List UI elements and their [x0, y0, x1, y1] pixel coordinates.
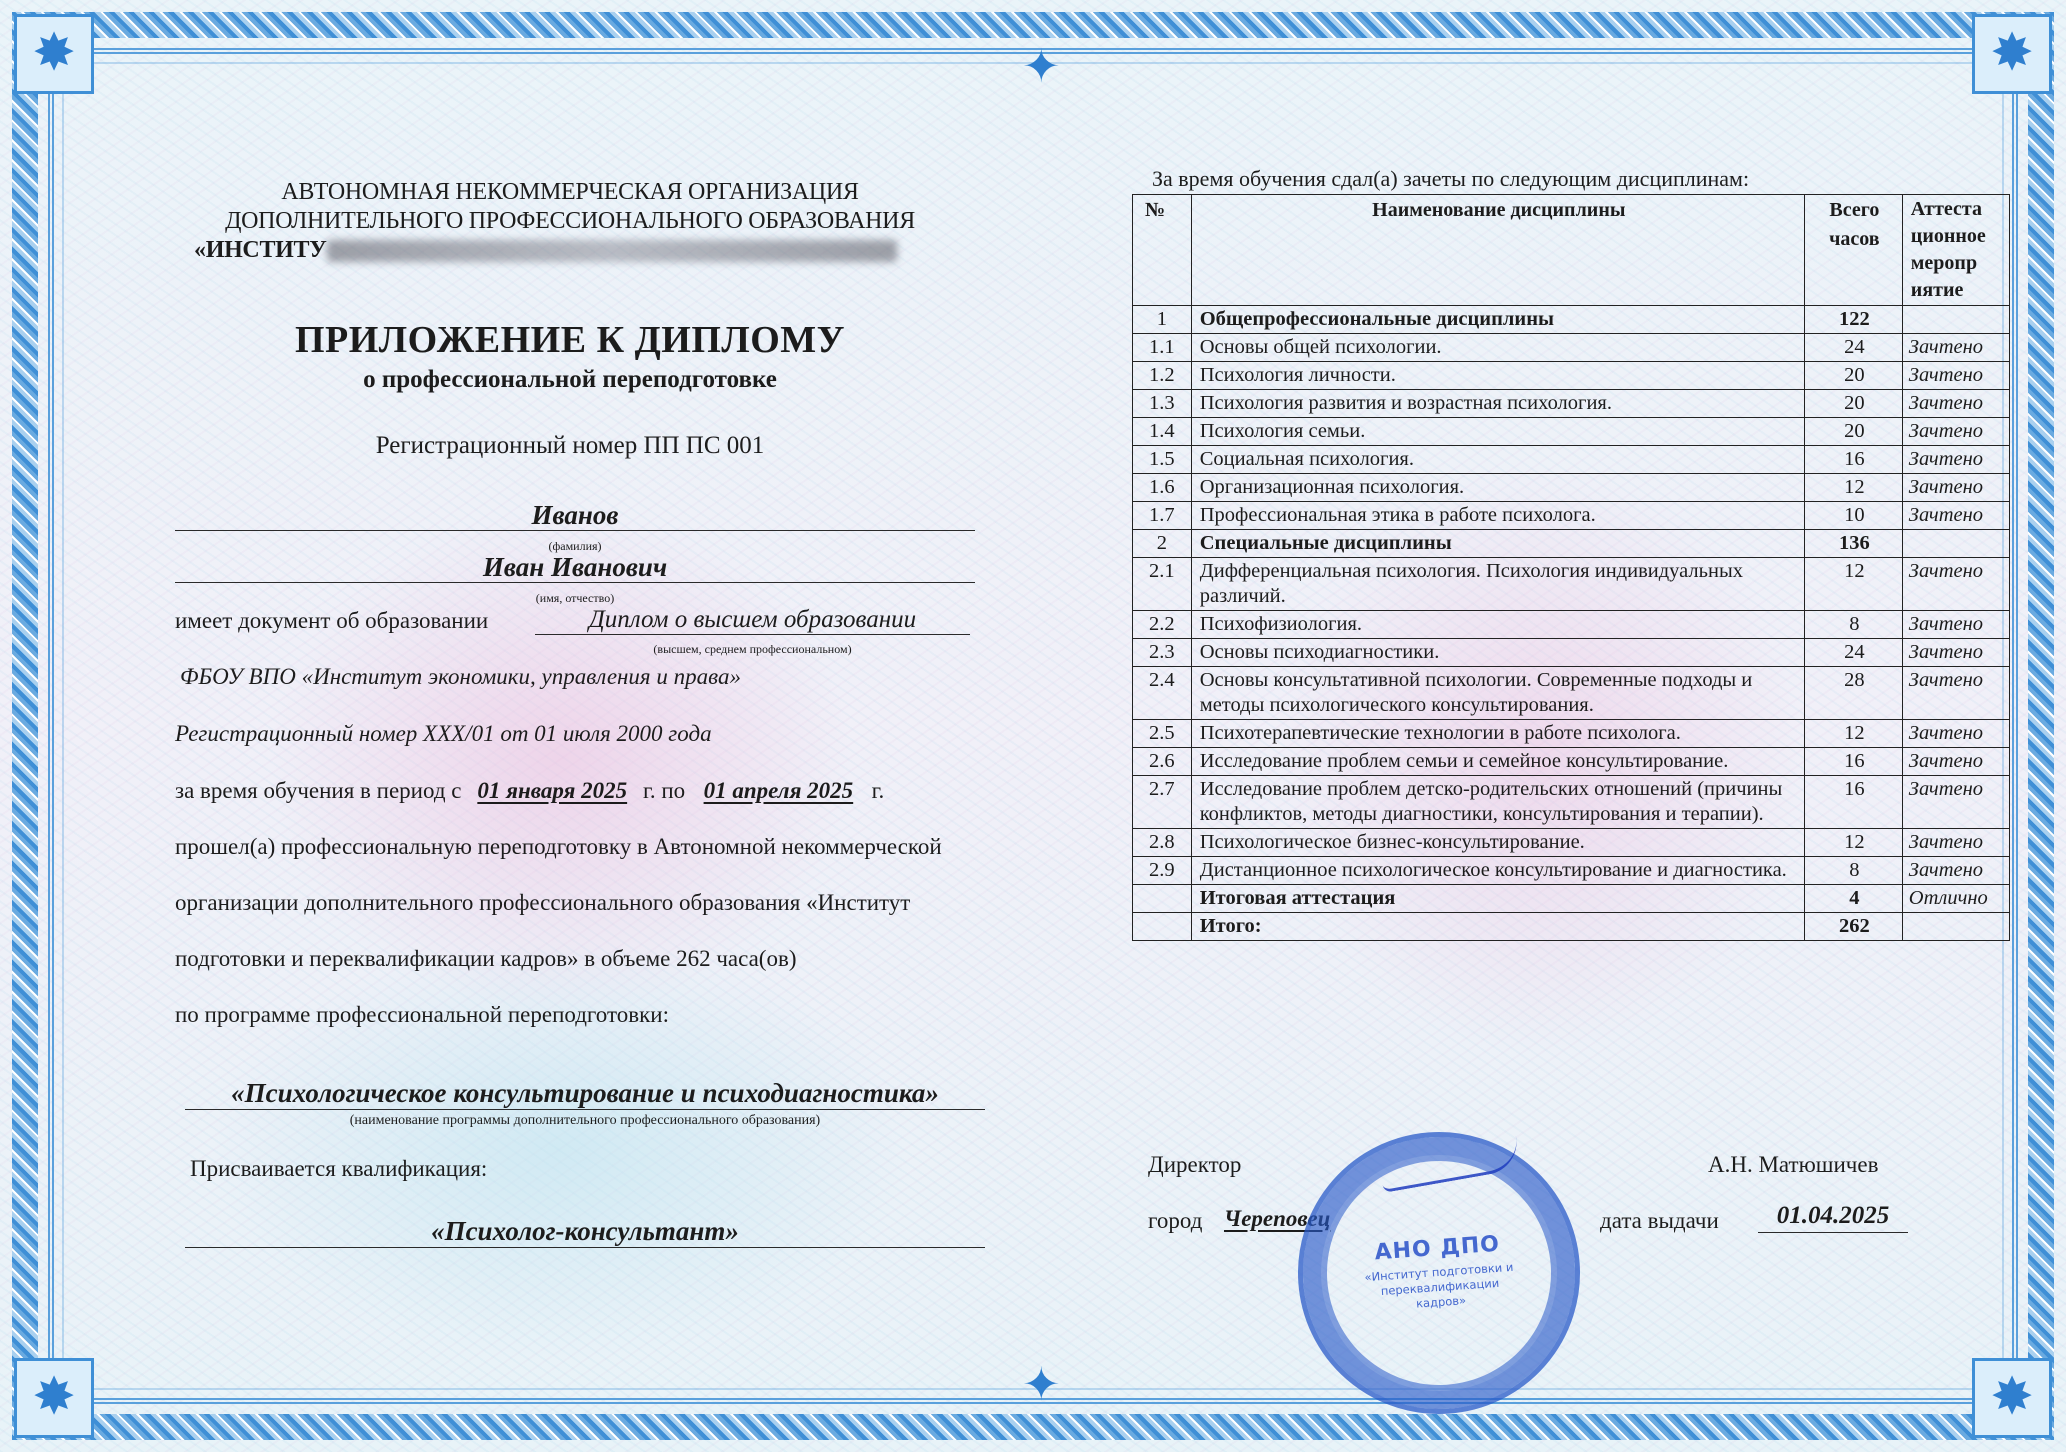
disciplines-table: № Наименование дисциплины Всего часов Ат… — [1132, 194, 2010, 941]
cell-assessment: Зачтено — [1902, 611, 2009, 639]
surname-underline — [175, 530, 975, 531]
document-subtitle: о профессиональной переподготовке — [180, 366, 960, 394]
cell-assessment: Зачтено — [1902, 362, 2009, 390]
cell-discipline: Психология личности. — [1191, 362, 1804, 390]
issuing-organization: АВТОНОМНАЯ НЕКОММЕРЧЕСКАЯ ОРГАНИЗАЦИЯ ДО… — [180, 178, 960, 265]
cell-assessment — [1902, 530, 2009, 558]
table-row: 2.3Основы психодиагностики.24Зачтено — [1133, 639, 2010, 667]
cell-assessment: Зачтено — [1902, 720, 2009, 748]
table-row: 2.4Основы консультативной психологии. Со… — [1133, 667, 2010, 720]
director-label: Директор — [1148, 1152, 1241, 1178]
edu-registration: Регистрационный номер XXX/01 от 01 июля … — [175, 721, 712, 747]
col-header-number: № — [1133, 195, 1192, 306]
cell-assessment: Зачтено — [1902, 558, 2009, 611]
cell-discipline: Основы общей психологии. — [1191, 334, 1804, 362]
cell-assessment: Зачтено — [1902, 667, 2009, 720]
city-label: город — [1148, 1208, 1202, 1234]
cell-assessment: Зачтено — [1902, 390, 2009, 418]
cell-hours: 24 — [1804, 639, 1902, 667]
cell-hours: 12 — [1804, 474, 1902, 502]
cell-number — [1133, 885, 1192, 913]
org-line-2: ДОПОЛНИТЕЛЬНОГО ПРОФЕССИОНАЛЬНОГО ОБРАЗО… — [180, 207, 960, 236]
cell-number: 1.1 — [1133, 334, 1192, 362]
cell-number: 2.3 — [1133, 639, 1192, 667]
cell-discipline: Социальная психология. — [1191, 446, 1804, 474]
edu-doc-caption: (высшем, среднем профессиональном) — [535, 642, 970, 657]
table-total-row: Итого:262 — [1133, 913, 2010, 941]
cell-hours: 16 — [1804, 446, 1902, 474]
cell-discipline: Психологическое бизнес-консультирование. — [1191, 829, 1804, 857]
table-caption: За время обучения сдал(а) зачеты по след… — [1152, 166, 1749, 192]
disciplines-table-body: 1Общепрофессиональные дисциплины1221.1Ос… — [1133, 306, 2010, 941]
table-row: 2.9 Дистанционное психологическое консул… — [1133, 857, 2010, 885]
cell-number: 2.9 — [1133, 857, 1192, 885]
table-header-row: № Наименование дисциплины Всего часов Ат… — [1133, 195, 2010, 306]
period-to: 01 апреля 2025 — [691, 778, 866, 804]
org-name-visible: «ИНСТИТУ — [194, 237, 327, 263]
cell-hours: 122 — [1804, 306, 1902, 334]
cell-number: 2.7 — [1133, 776, 1192, 829]
cell-hours: 20 — [1804, 390, 1902, 418]
cell-number: 1 — [1133, 306, 1192, 334]
cell-assessment: Зачтено — [1902, 334, 2009, 362]
period-suffix-2: г. — [872, 778, 885, 803]
table-row: 1.1Основы общей психологии.24Зачтено — [1133, 334, 2010, 362]
cell-hours: 262 — [1804, 913, 1902, 941]
cell-assessment: Зачтено — [1902, 776, 2009, 829]
table-section-row: Итоговая аттестация4Отлично — [1133, 885, 2010, 913]
diploma-supplement-sheet: ✸ ✸ ✸ ✸ ✦ ✦ АВТОНОМНАЯ НЕКОММЕРЧЕСКАЯ ОР… — [0, 0, 2066, 1452]
study-period: за время обучения в период с 01 января 2… — [175, 778, 884, 804]
cell-assessment: Зачтено — [1902, 829, 2009, 857]
cell-assessment: Зачтено — [1902, 446, 2009, 474]
cell-discipline: Профессиональная этика в работе психолог… — [1191, 502, 1804, 530]
cell-assessment: Зачтено — [1902, 474, 2009, 502]
cell-number: 1.4 — [1133, 418, 1192, 446]
cell-hours: 4 — [1804, 885, 1902, 913]
table-section-row: 1Общепрофессиональные дисциплины122 — [1133, 306, 2010, 334]
cell-number: 1.6 — [1133, 474, 1192, 502]
cell-discipline: Организационная психология. — [1191, 474, 1804, 502]
cell-number: 1.3 — [1133, 390, 1192, 418]
cell-discipline: Психотерапевтические технологии в работе… — [1191, 720, 1804, 748]
cell-number: 2.1 — [1133, 558, 1192, 611]
cell-hours: 20 — [1804, 418, 1902, 446]
col-header-assessment: Аттеста ционное меропр иятие — [1902, 195, 2009, 306]
cell-discipline: Дистанционное психологическое консультир… — [1191, 857, 1804, 885]
table-row: 2.2Психофизиология.8Зачтено — [1133, 611, 2010, 639]
program-label: по программе профессиональной переподгот… — [175, 1002, 669, 1028]
cell-assessment: Отлично — [1902, 885, 2009, 913]
issue-date-label: дата выдачи — [1600, 1208, 1719, 1234]
cell-hours: 24 — [1804, 334, 1902, 362]
cell-hours: 12 — [1804, 720, 1902, 748]
given-names-caption: (имя, отчество) — [175, 591, 975, 606]
table-row: 2.5Психотерапевтические технологии в раб… — [1133, 720, 2010, 748]
table-row: 1.6Организационная психология.12Зачтено — [1133, 474, 2010, 502]
table-row: 2.1Дифференциальная психология. Психолог… — [1133, 558, 2010, 611]
cell-number: 2.6 — [1133, 748, 1192, 776]
qualification-underline — [185, 1247, 985, 1248]
table-row: 1.4Психология семьи.20Зачтено — [1133, 418, 2010, 446]
edu-doc-value: Диплом о высшем образовании — [535, 606, 970, 634]
issue-date-value: 01.04.2025 — [1758, 1202, 1908, 1230]
body-line-1: прошел(а) профессиональную переподготовк… — [175, 834, 942, 860]
cell-discipline: Исследование проблем детско-родительских… — [1191, 776, 1804, 829]
table-row: 1.5Социальная психология.16Зачтено — [1133, 446, 2010, 474]
document-title: ПРИЛОЖЕНИЕ К ДИПЛОМУ — [180, 318, 960, 362]
cell-number: 2.4 — [1133, 667, 1192, 720]
cell-number: 2.8 — [1133, 829, 1192, 857]
cell-discipline: Общепрофессиональные дисциплины — [1191, 306, 1804, 334]
qualification-value: «Психолог-консультант» — [185, 1216, 985, 1247]
given-names-value: Иван Иванович — [175, 552, 975, 583]
program-underline — [185, 1109, 985, 1110]
cell-hours: 28 — [1804, 667, 1902, 720]
org-line-3: «ИНСТИТУ — [180, 236, 960, 265]
cell-assessment — [1902, 306, 2009, 334]
corner-rosette-icon: ✸ — [1972, 14, 2052, 94]
edu-doc-underline — [535, 634, 970, 635]
cell-discipline: Психология семьи. — [1191, 418, 1804, 446]
cell-discipline: Итоговая аттестация — [1191, 885, 1804, 913]
cell-assessment: Зачтено — [1902, 502, 2009, 530]
cell-hours: 12 — [1804, 829, 1902, 857]
cell-number: 1.7 — [1133, 502, 1192, 530]
redacted-org-name — [327, 240, 897, 262]
registration-number: Регистрационный номер ПП ПС 001 — [180, 432, 960, 460]
cell-hours: 8 — [1804, 857, 1902, 885]
cell-hours: 136 — [1804, 530, 1902, 558]
cell-number: 1.2 — [1133, 362, 1192, 390]
org-line-1: АВТОНОМНАЯ НЕКОММЕРЧЕСКАЯ ОРГАНИЗАЦИЯ — [180, 178, 960, 207]
cell-number: 2.5 — [1133, 720, 1192, 748]
col-header-discipline: Наименование дисциплины — [1191, 195, 1804, 306]
left-page: АВТОНОМНАЯ НЕКОММЕРЧЕСКАЯ ОРГАНИЗАЦИЯ ДО… — [0, 0, 1033, 1452]
stamp-name: «Институт подготовки и переквалификации … — [1364, 1260, 1517, 1315]
cell-discipline: Специальные дисциплины — [1191, 530, 1804, 558]
period-suffix-1: г. по — [643, 778, 685, 803]
table-row: 2.6 Исследование проблем семьи и семейно… — [1133, 748, 2010, 776]
table-row: 1.2Психология личности.20Зачтено — [1133, 362, 2010, 390]
program-caption: (наименование программы дополнительного … — [185, 1113, 985, 1129]
corner-rosette-icon: ✸ — [1972, 1358, 2052, 1438]
issue-date-underline — [1758, 1232, 1908, 1233]
col-header-hours: Всего часов — [1804, 195, 1902, 306]
cell-assessment: Зачтено — [1902, 748, 2009, 776]
table-row: 2.8 Психологическое бизнес-консультирова… — [1133, 829, 2010, 857]
cell-hours: 10 — [1804, 502, 1902, 530]
body-line-2: организации дополнительного профессионал… — [175, 890, 910, 916]
cell-hours: 20 — [1804, 362, 1902, 390]
period-from: 01 января 2025 — [467, 778, 637, 804]
cell-discipline: Основы психодиагностики. — [1191, 639, 1804, 667]
surname-value: Иванов — [175, 500, 975, 531]
cell-assessment: Зачтено — [1902, 418, 2009, 446]
qualification-label: Присваивается квалификация: — [190, 1156, 487, 1182]
table-row: 1.3Психология развития и возрастная псих… — [1133, 390, 2010, 418]
edu-doc-label: имеет документ об образовании — [175, 608, 488, 634]
edu-institution: ФБОУ ВПО «Институт экономики, управления… — [180, 664, 741, 690]
table-row: 2.7 Исследование проблем детско-родитель… — [1133, 776, 2010, 829]
cell-discipline: Исследование проблем семьи и семейное ко… — [1191, 748, 1804, 776]
table-section-row: 2Специальные дисциплины136 — [1133, 530, 2010, 558]
cell-assessment — [1902, 913, 2009, 941]
cell-hours: 12 — [1804, 558, 1902, 611]
director-name: А.Н. Матюшичев — [1708, 1152, 1878, 1178]
cell-number — [1133, 913, 1192, 941]
body-line-3: подготовки и переквалификации кадров» в … — [175, 946, 796, 972]
period-label: за время обучения в период с — [175, 778, 461, 803]
cell-discipline: Итого: — [1191, 913, 1804, 941]
cell-discipline: Психология развития и возрастная психоло… — [1191, 390, 1804, 418]
stamp-abbreviation: АНО ДПО — [1374, 1232, 1501, 1266]
cell-assessment: Зачтено — [1902, 639, 2009, 667]
cell-number: 2 — [1133, 530, 1192, 558]
cell-number: 1.5 — [1133, 446, 1192, 474]
cell-assessment: Зачтено — [1902, 857, 2009, 885]
cell-discipline: Психофизиология. — [1191, 611, 1804, 639]
given-names-underline — [175, 582, 975, 583]
cell-discipline: Основы консультативной психологии. Совре… — [1191, 667, 1804, 720]
cell-hours: 16 — [1804, 748, 1902, 776]
cell-hours: 8 — [1804, 611, 1902, 639]
cell-hours: 16 — [1804, 776, 1902, 829]
table-row: 1.7Профессиональная этика в работе психо… — [1133, 502, 2010, 530]
cell-discipline: Дифференциальная психология. Психология … — [1191, 558, 1804, 611]
program-name: «Психологическое консультирование и псих… — [185, 1078, 985, 1109]
cell-number: 2.2 — [1133, 611, 1192, 639]
